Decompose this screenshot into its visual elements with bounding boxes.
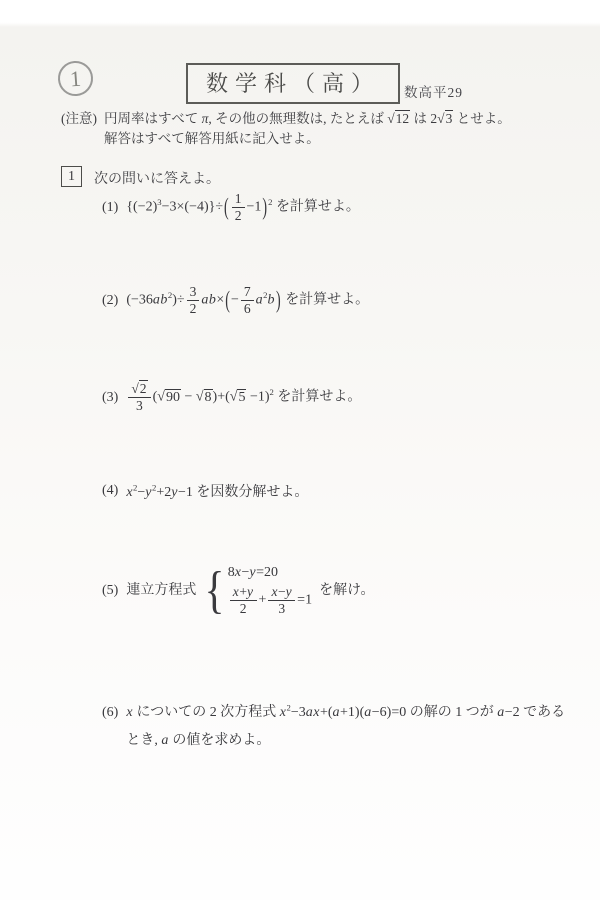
page-circle-number-text: 1 <box>69 65 82 92</box>
question-5-label: (5) <box>102 583 118 599</box>
question-5: (5) 連立方程式 {8x−y=20x+y2+x−y3=1を解け。 <box>102 565 375 617</box>
question-4-label: (4) <box>102 483 118 499</box>
exam-title: 数学科（高） <box>206 71 380 96</box>
question-2-body: (−36ab2)÷32ab×(−76a2b) を計算せよ。 <box>126 284 369 317</box>
question-6-label: (6) <box>102 699 118 727</box>
problem-number: 1 <box>68 169 75 185</box>
exam-title-box: 数学科（高） <box>186 63 400 104</box>
question-2: (2) (−36ab2)÷32ab×(−76a2b) を計算せよ。 <box>102 284 369 317</box>
notice-label: (注意) <box>61 109 97 150</box>
question-1-body: {(−2)3−3×(−4)}÷(12−1)2 を計算せよ。 <box>126 191 360 224</box>
notice-block: (注意) 円周率はすべて π, その他の無理数は, たとえば √12 は 2√3… <box>61 109 551 150</box>
question-4: (4) x2−y2+2y−1 を因数分解せよ。 <box>102 481 308 501</box>
page-circle-number: 1 <box>57 60 94 97</box>
exam-code: 数高平29 <box>404 81 463 101</box>
question-3-body: √23(√90 − √8)+(√5 −1)2 を計算せよ。 <box>126 381 361 414</box>
question-5-body: 連立方程式 {8x−y=20x+y2+x−y3=1を解け。 <box>126 565 374 617</box>
question-1: (1) {(−2)3−3×(−4)}÷(12−1)2 を計算せよ。 <box>102 191 360 224</box>
question-1-label: (1) <box>102 200 118 216</box>
problem-prompt: 次の問いに答えよ。 <box>94 168 220 188</box>
notice-line-2: 解答はすべて解答用紙に記入せよ。 <box>104 131 320 146</box>
question-3-label: (3) <box>102 390 118 406</box>
question-3: (3) √23(√90 − √8)+(√5 −1)2 を計算せよ。 <box>102 381 361 414</box>
question-2-label: (2) <box>102 293 118 309</box>
exam-page: 1 数学科（高） 数高平29 (注意) 円周率はすべて π, その他の無理数は,… <box>0 0 600 900</box>
notice-line-1: 円周率はすべて π, その他の無理数は, たとえば √12 は 2√3 とせよ。 <box>104 110 511 126</box>
problem-number-box: 1 <box>61 166 82 187</box>
notice-lines: 円周率はすべて π, その他の無理数は, たとえば √12 は 2√3 とせよ。… <box>104 109 511 150</box>
question-6: (6) x についての 2 次方程式 x2−3ax+(a+1)(a−6)=0 の… <box>102 699 578 754</box>
question-6-body: x についての 2 次方程式 x2−3ax+(a+1)(a−6)=0 の解の 1… <box>126 699 578 754</box>
question-4-body: x2−y2+2y−1 を因数分解せよ。 <box>126 481 308 501</box>
